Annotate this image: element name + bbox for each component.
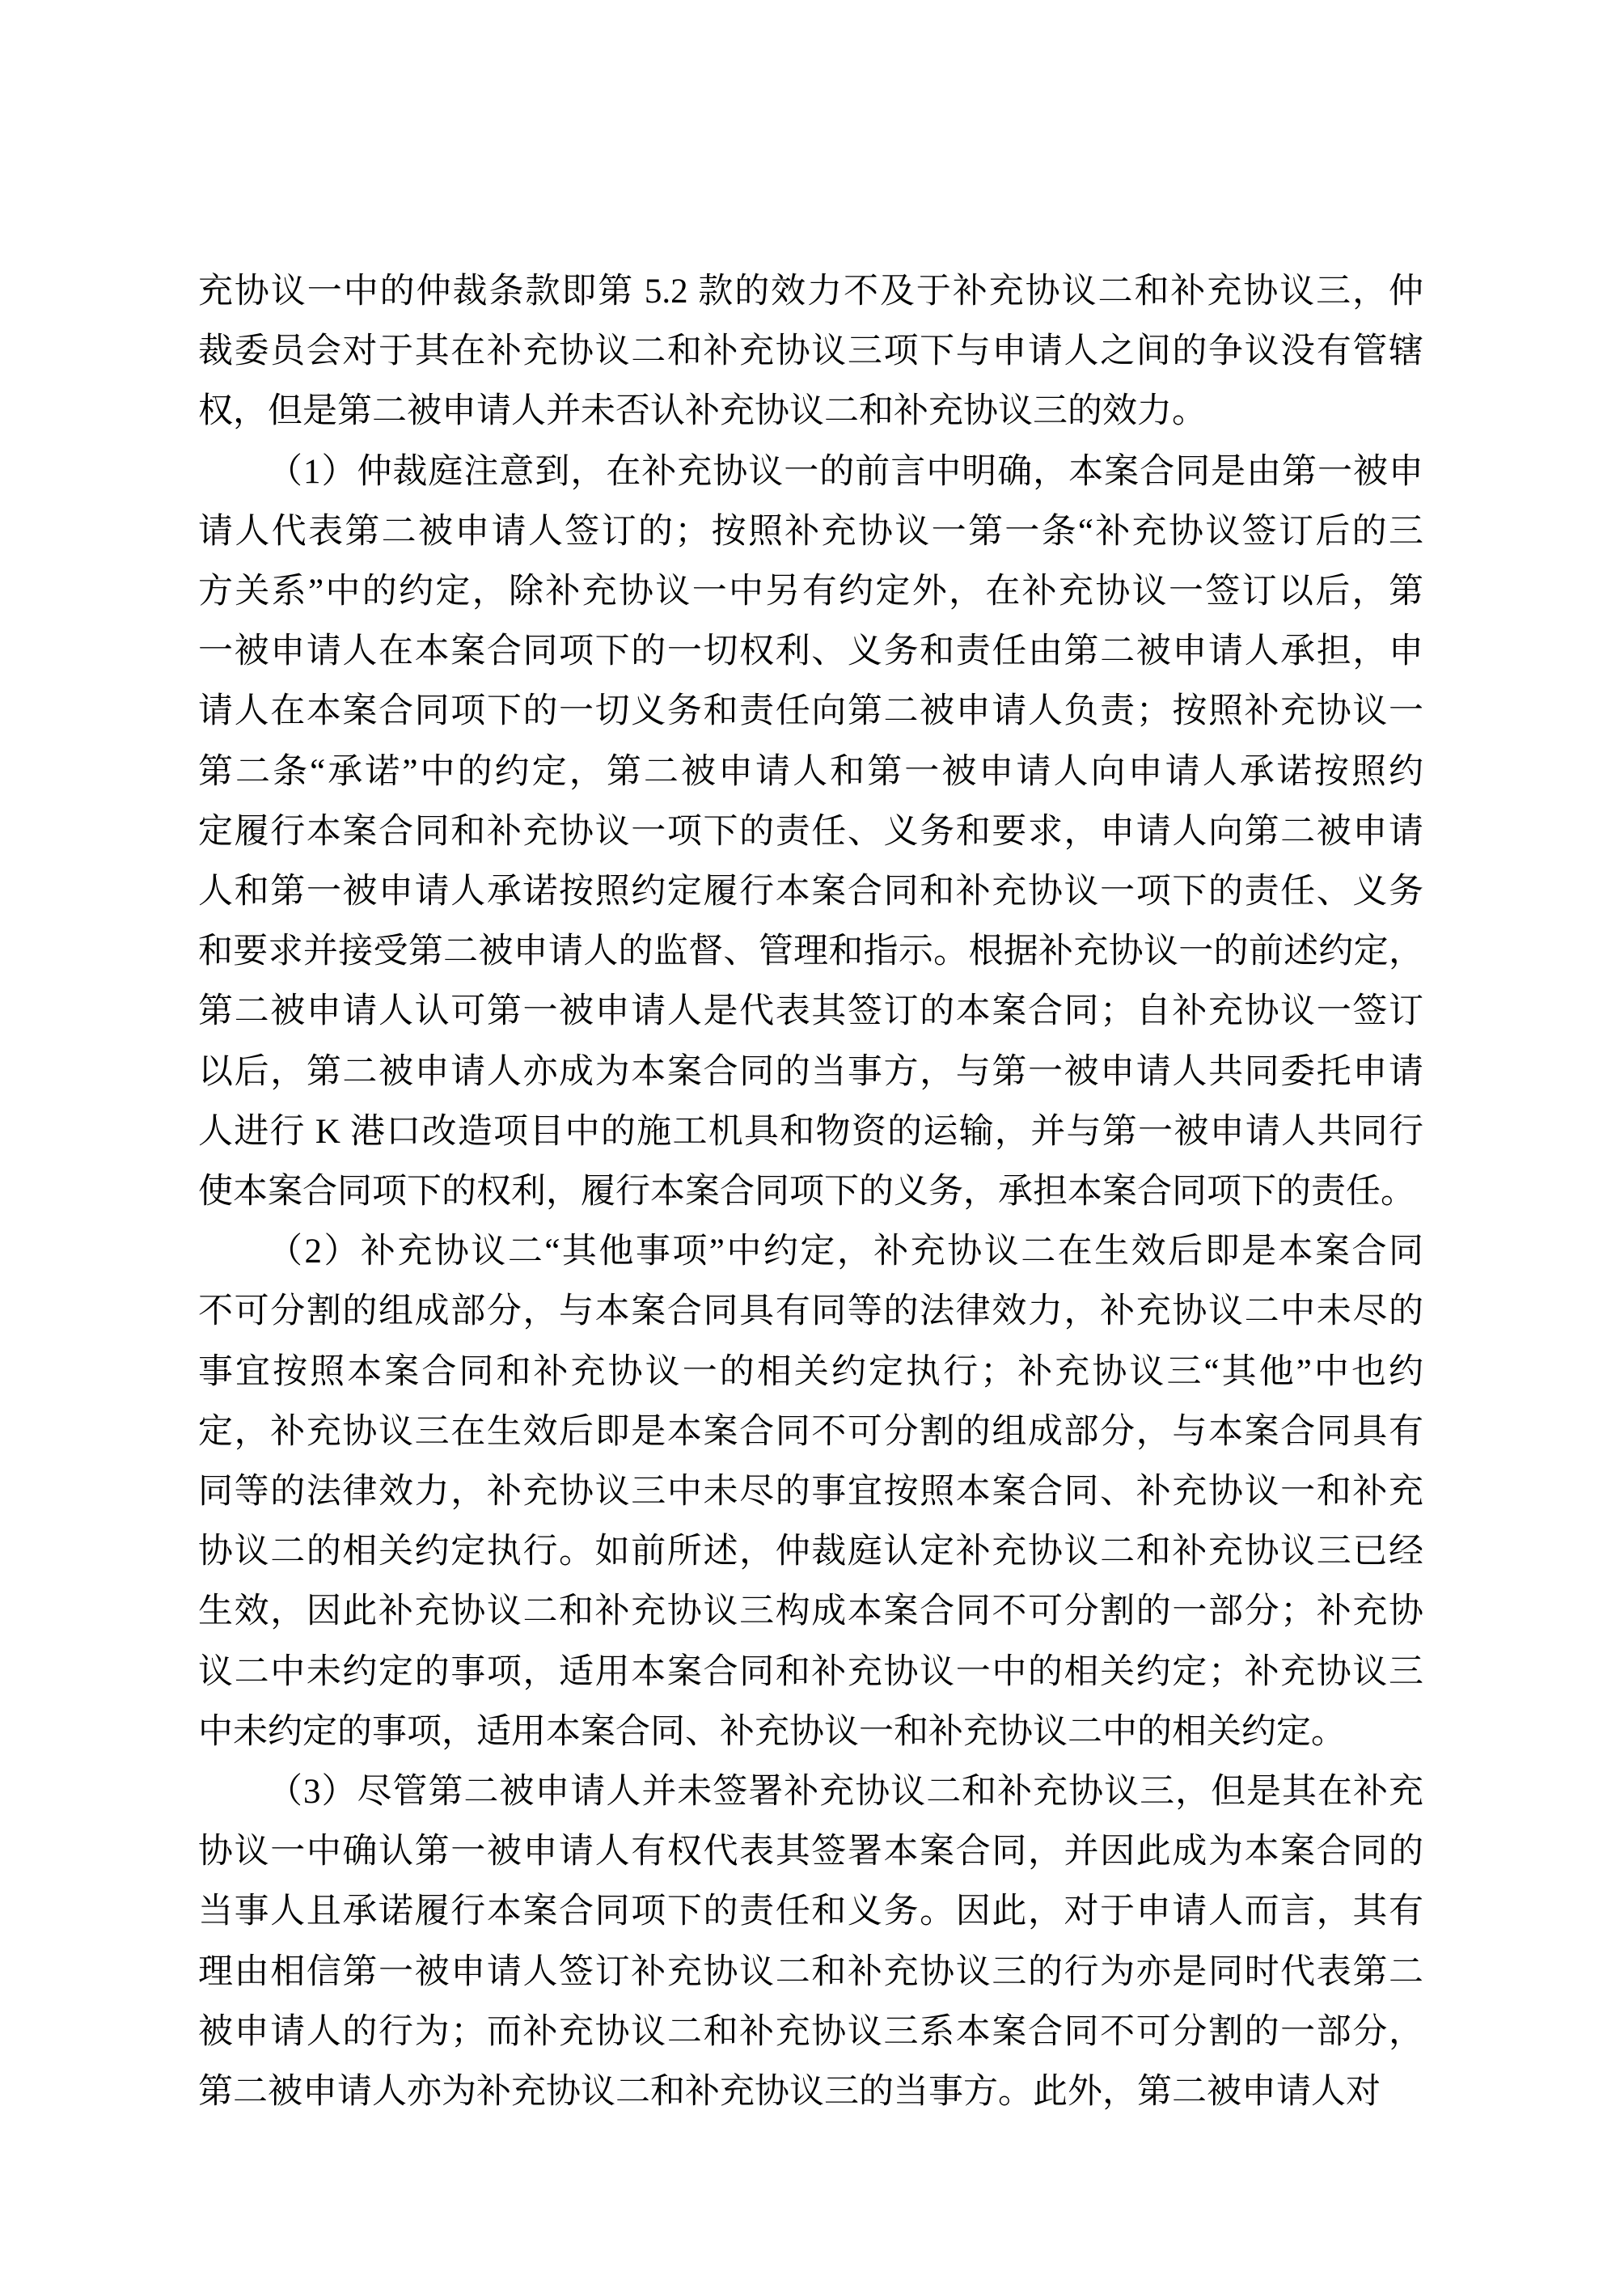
text-line: 请人在本案合同项下的一切义务和责任向第二被申请人负责；按照补充协议一 — [198, 682, 1423, 742]
text-line: 事宜按照本案合同和补充协议一的相关约定执行；补充协议三“其他”中也约 — [198, 1343, 1423, 1402]
text-line: 第二条“承诺”中的约定，第二被申请人和第一被申请人向申请人承诺按照约 — [198, 742, 1423, 802]
text-line: （2）补充协议二“其他事项”中约定，补充协议二在生效后即是本案合同 — [198, 1222, 1423, 1282]
text-line: 定，补充协议三在生效后即是本案合同不可分割的组成部分，与本案合同具有 — [198, 1402, 1423, 1462]
text-line: 方关系”中的约定，除补充协议一中另有约定外，在补充协议一签订以后，第 — [198, 562, 1423, 622]
text-line: 当事人且承诺履行本案合同项下的责任和义务。因此，对于申请人而言，其有 — [198, 1882, 1423, 1942]
document-body-text: 充协议一中的仲裁条款即第 5.2 款的效力不及于补充协议二和补充协议三，仲裁委员… — [198, 262, 1423, 2122]
text-line: 第二被申请人亦为补充协议二和补充协议三的当事方。此外，第二被申请人对 — [198, 2062, 1423, 2122]
text-line: 中未约定的事项，适用本案合同、补充协议一和补充协议二中的相关约定。 — [198, 1702, 1423, 1762]
text-line: 被申请人的行为；而补充协议二和补充协议三系本案合同不可分割的一部分， — [198, 2002, 1423, 2062]
text-line: 和要求并接受第二被申请人的监督、管理和指示。根据补充协议一的前述约定， — [198, 922, 1423, 982]
text-line: 充协议一中的仲裁条款即第 5.2 款的效力不及于补充协议二和补充协议三，仲 — [198, 262, 1423, 322]
text-line: 同等的法律效力，补充协议三中未尽的事宜按照本案合同、补充协议一和补充 — [198, 1462, 1423, 1522]
text-line: 议二中未约定的事项，适用本案合同和补充协议一中的相关约定；补充协议三 — [198, 1643, 1423, 1702]
text-line: 第二被申请人认可第一被申请人是代表其签订的本案合同；自补充协议一签订 — [198, 982, 1423, 1042]
document-page: 充协议一中的仲裁条款即第 5.2 款的效力不及于补充协议二和补充协议三，仲裁委员… — [0, 0, 1624, 2292]
text-line: 使本案合同项下的权利，履行本案合同项下的义务，承担本案合同项下的责任。 — [198, 1162, 1423, 1222]
text-line: 理由相信第一被申请人签订补充协议二和补充协议三的行为亦是同时代表第二 — [198, 1943, 1423, 2002]
text-line: 人和第一被申请人承诺按照约定履行本案合同和补充协议一项下的责任、义务 — [198, 862, 1423, 922]
text-line: （1）仲裁庭注意到，在补充协议一的前言中明确，本案合同是由第一被申 — [198, 442, 1423, 502]
text-line: 定履行本案合同和补充协议一项下的责任、义务和要求，申请人向第二被申请 — [198, 802, 1423, 862]
text-line: 一被申请人在本案合同项下的一切权利、义务和责任由第二被申请人承担，申 — [198, 622, 1423, 682]
text-line: 人进行 K 港口改造项目中的施工机具和物资的运输，并与第一被申请人共同行 — [198, 1102, 1423, 1162]
text-line: 权，但是第二被申请人并未否认补充协议二和补充协议三的效力。 — [198, 382, 1423, 442]
text-line: 协议一中确认第一被申请人有权代表其签署本案合同，并因此成为本案合同的 — [198, 1822, 1423, 1882]
text-line: （3）尽管第二被申请人并未签署补充协议二和补充协议三，但是其在补充 — [198, 1762, 1423, 1822]
text-line: 不可分割的组成部分，与本案合同具有同等的法律效力，补充协议二中未尽的 — [198, 1282, 1423, 1342]
text-line: 生效，因此补充协议二和补充协议三构成本案合同不可分割的一部分；补充协 — [198, 1582, 1423, 1642]
text-line: 请人代表第二被申请人签订的；按照补充协议一第一条“补充协议签订后的三 — [198, 502, 1423, 562]
text-line: 协议二的相关约定执行。如前所述，仲裁庭认定补充协议二和补充协议三已经 — [198, 1522, 1423, 1582]
text-line: 裁委员会对于其在补充协议二和补充协议三项下与申请人之间的争议没有管辖 — [198, 322, 1423, 382]
text-line: 以后，第二被申请人亦成为本案合同的当事方，与第一被申请人共同委托申请 — [198, 1042, 1423, 1102]
